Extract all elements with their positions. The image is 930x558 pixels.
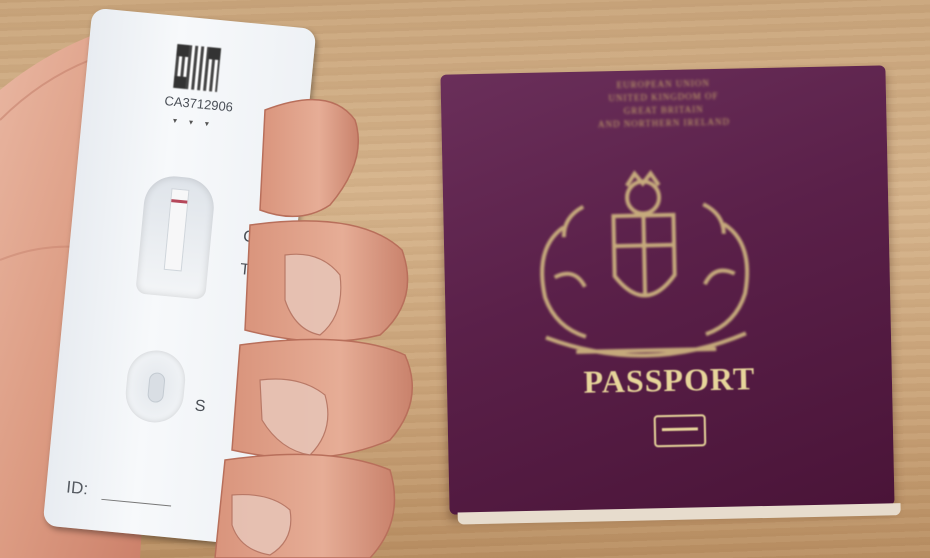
passport-header: EUROPEAN UNION UNITED KINGDOM OF GREAT B… bbox=[441, 73, 887, 134]
result-window bbox=[135, 174, 216, 300]
serial-code: CA3712906 bbox=[143, 91, 254, 116]
qr-code-icon bbox=[173, 44, 221, 92]
sample-hole bbox=[147, 372, 166, 403]
id-label: ID: bbox=[65, 477, 89, 499]
arrow-markers: ▾▾▾ bbox=[152, 114, 242, 132]
test-strip bbox=[164, 188, 190, 271]
control-line bbox=[171, 199, 187, 204]
royal-coat-of-arms-icon bbox=[502, 163, 786, 379]
photo-scene: EUROPEAN UNION UNITED KINGDOM OF GREAT B… bbox=[0, 0, 930, 558]
test-label: T bbox=[239, 261, 250, 280]
sample-well bbox=[123, 348, 188, 425]
passport: EUROPEAN UNION UNITED KINGDOM OF GREAT B… bbox=[440, 65, 894, 514]
id-write-line bbox=[101, 499, 171, 507]
biometric-chip-icon bbox=[654, 414, 707, 447]
passport-title: PASSPORT bbox=[447, 357, 893, 403]
sample-label: S bbox=[194, 397, 206, 416]
control-label: C bbox=[242, 228, 255, 247]
